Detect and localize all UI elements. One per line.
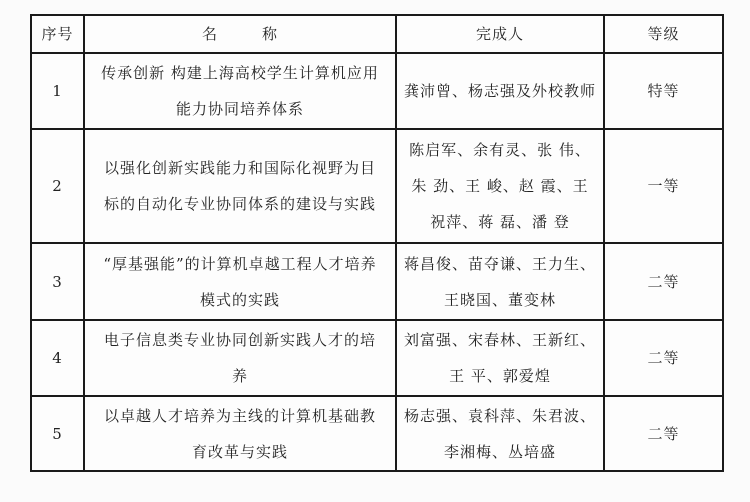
completed-by: 杨志强、袁科萍、朱君波、 李湘梅、丛培盛 <box>396 396 604 471</box>
project-name-line: 以强化创新实践能力和国际化视野为目 <box>85 150 395 186</box>
awards-table: 序号 名称 完成人 等级 1 传承创新 构建上海高校学生计算机应用 能力协同培养… <box>30 14 724 472</box>
award-level: 二等 <box>604 396 723 471</box>
project-name: 传承创新 构建上海高校学生计算机应用 能力协同培养体系 <box>84 53 396 129</box>
completed-by-line: 朱 劲、王 峻、赵 霞、王 <box>397 168 603 204</box>
row-number: 2 <box>31 129 84 243</box>
header-name-part-2: 称 <box>262 25 278 43</box>
project-name-line: 模式的实践 <box>85 282 395 318</box>
header-row: 序号 名称 完成人 等级 <box>31 15 723 53</box>
project-name-line: 传承创新 构建上海高校学生计算机应用 <box>85 55 395 91</box>
header-completed-by: 完成人 <box>396 15 604 53</box>
project-name: “厚基强能”的计算机卓越工程人才培养 模式的实践 <box>84 243 396 320</box>
project-name-line: 育改革与实践 <box>85 434 395 470</box>
project-name: 电子信息类专业协同创新实践人才的培 养 <box>84 320 396 396</box>
row-number: 1 <box>31 53 84 129</box>
project-name-line: 养 <box>85 358 395 394</box>
table-row: 3 “厚基强能”的计算机卓越工程人才培养 模式的实践 蒋昌俊、苗夺谦、王力生、 … <box>31 243 723 320</box>
project-name-line: 以卓越人才培养为主线的计算机基础教 <box>85 398 395 434</box>
completed-by-line: 龚沛曾、杨志强及外校教师 <box>397 73 603 109</box>
completed-by-line: 祝萍、蒋 磊、潘 登 <box>397 204 603 240</box>
completed-by-line: 蒋昌俊、苗夺谦、王力生、 <box>397 246 603 282</box>
header-name: 名称 <box>84 15 396 53</box>
completed-by-line: 刘富强、宋春林、王新红、 <box>397 322 603 358</box>
completed-by-line: 王 平、郭爱煌 <box>397 358 603 394</box>
completed-by-line: 王晓国、董变林 <box>397 282 603 318</box>
table-row: 1 传承创新 构建上海高校学生计算机应用 能力协同培养体系 龚沛曾、杨志强及外校… <box>31 53 723 129</box>
project-name-line: 能力协同培养体系 <box>85 91 395 127</box>
row-number: 4 <box>31 320 84 396</box>
header-name-part-1: 名 <box>202 25 218 43</box>
table-row: 4 电子信息类专业协同创新实践人才的培 养 刘富强、宋春林、王新红、 王 平、郭… <box>31 320 723 396</box>
completed-by-line: 陈启军、余有灵、张 伟、 <box>397 132 603 168</box>
project-name: 以卓越人才培养为主线的计算机基础教 育改革与实践 <box>84 396 396 471</box>
table-row: 5 以卓越人才培养为主线的计算机基础教 育改革与实践 杨志强、袁科萍、朱君波、 … <box>31 396 723 471</box>
row-number: 3 <box>31 243 84 320</box>
completed-by: 刘富强、宋春林、王新红、 王 平、郭爱煌 <box>396 320 604 396</box>
award-level: 二等 <box>604 320 723 396</box>
completed-by: 蒋昌俊、苗夺谦、王力生、 王晓国、董变林 <box>396 243 604 320</box>
completed-by: 陈启军、余有灵、张 伟、 朱 劲、王 峻、赵 霞、王 祝萍、蒋 磊、潘 登 <box>396 129 604 243</box>
completed-by-line: 杨志强、袁科萍、朱君波、 <box>397 398 603 434</box>
project-name: 以强化创新实践能力和国际化视野为目 标的自动化专业协同体系的建设与实践 <box>84 129 396 243</box>
award-level: 一等 <box>604 129 723 243</box>
project-name-line: 电子信息类专业协同创新实践人才的培 <box>85 322 395 358</box>
header-no: 序号 <box>31 15 84 53</box>
project-name-line: 标的自动化专业协同体系的建设与实践 <box>85 186 395 222</box>
completed-by-line: 李湘梅、丛培盛 <box>397 434 603 470</box>
header-level: 等级 <box>604 15 723 53</box>
project-name-line: “厚基强能”的计算机卓越工程人才培养 <box>85 246 395 282</box>
completed-by: 龚沛曾、杨志强及外校教师 <box>396 53 604 129</box>
award-level: 二等 <box>604 243 723 320</box>
row-number: 5 <box>31 396 84 471</box>
award-level: 特等 <box>604 53 723 129</box>
table-row: 2 以强化创新实践能力和国际化视野为目 标的自动化专业协同体系的建设与实践 陈启… <box>31 129 723 243</box>
